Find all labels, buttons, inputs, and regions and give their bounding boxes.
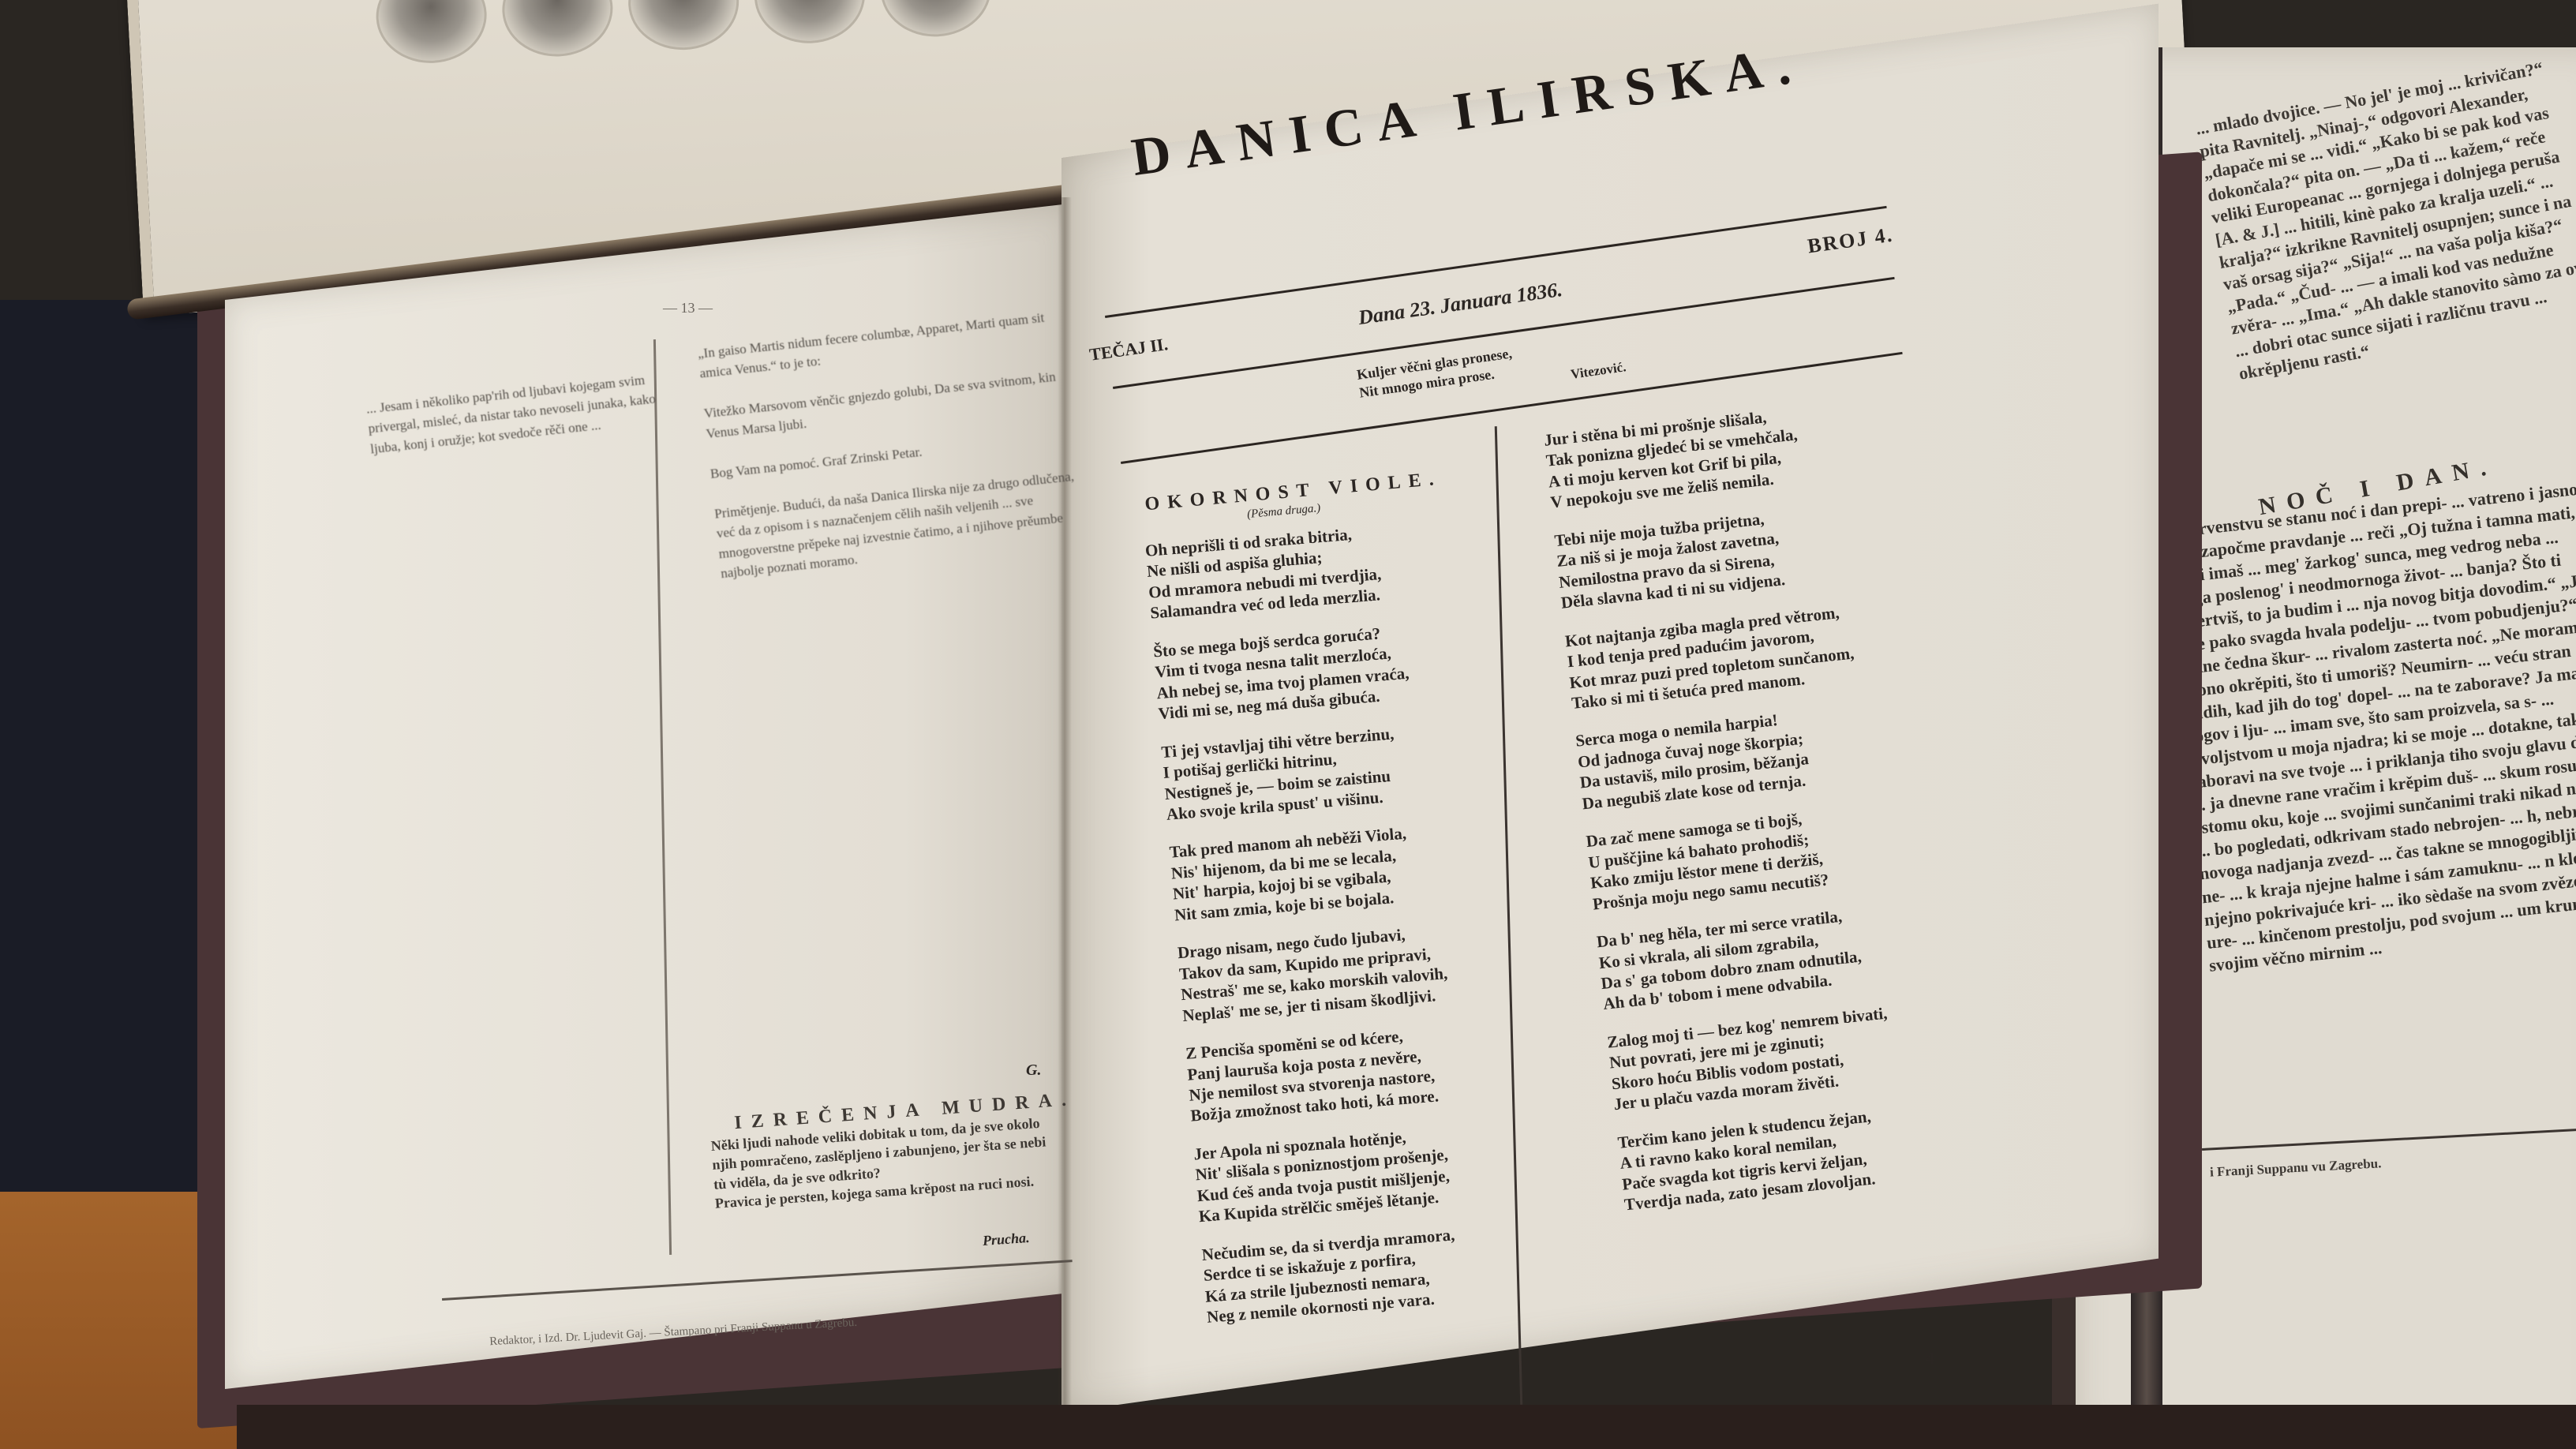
dark-cloth bbox=[0, 300, 213, 1192]
poem-stanza: Serca moga o nemila harpia!Od jadnoga ču… bbox=[1574, 701, 1868, 814]
table-shadow bbox=[237, 1405, 2576, 1449]
poem-stanza: Ti jej vstavljaj tihi větre berzinu,I po… bbox=[1161, 721, 1434, 826]
portrait-engraving bbox=[752, 0, 867, 46]
left-page-column-2: „In gaiso Martis nidum fecere columbæ, A… bbox=[695, 286, 1085, 604]
portrait-engraving bbox=[878, 0, 994, 39]
poem-stanza: Jer Apola ni spoznala hotěnje,Nit' sliša… bbox=[1193, 1122, 1466, 1227]
portrait-engraving bbox=[374, 0, 489, 66]
izrecenja-author: Prucha. bbox=[982, 1230, 1030, 1249]
poem-stanza: Zalog moj ti — bez kog' nemrem bivati,Nu… bbox=[1606, 1002, 1900, 1115]
page-number: 4 bbox=[1926, 1348, 1934, 1368]
poem-stanza: Da b' neg hěla, ter mi serce vratila,Ko … bbox=[1596, 902, 1889, 1015]
primetjenje-text: Primětjenje. Budući, da naša Danica Ilir… bbox=[713, 466, 1083, 584]
poem-stanza: Tak pred manom ah neběži Viola,Nis' hije… bbox=[1169, 821, 1442, 926]
poem-stanza: Z Penciša spoměni se od kćere,Panj lauru… bbox=[1185, 1022, 1458, 1127]
poem-stanza: Terčim kano jelen k studencu žejan,A ti … bbox=[1617, 1103, 1911, 1215]
left-page-header: — 13 — bbox=[663, 300, 713, 316]
poem-stanza: Nečudim se, da si tverdja mramora,Serdce… bbox=[1201, 1223, 1474, 1328]
portrait-engravings bbox=[374, 0, 1088, 58]
poem-stanza: Što se mega bojš serdca goruća?Vim ti tv… bbox=[1152, 620, 1425, 724]
noc-i-dan-text: O pervenstvu se stanu noć i dan prepi- .… bbox=[2162, 477, 2576, 977]
portrait-engraving bbox=[626, 0, 741, 53]
poem-stanza: Tebi nije moja tužba prijetna,Za niš si … bbox=[1553, 500, 1847, 613]
poem-stanza: Da zač mene samoga se ti bojš,U puščjine… bbox=[1585, 802, 1878, 915]
portrait-engraving bbox=[500, 0, 615, 59]
signature-g: G. bbox=[1026, 1061, 1041, 1080]
poem-stanza: Drago nisam, nego čudo ljubavi,Takov da … bbox=[1177, 921, 1450, 1026]
poem-stanza: Kot najtanja zgiba magla pred větrom,I k… bbox=[1564, 601, 1858, 713]
